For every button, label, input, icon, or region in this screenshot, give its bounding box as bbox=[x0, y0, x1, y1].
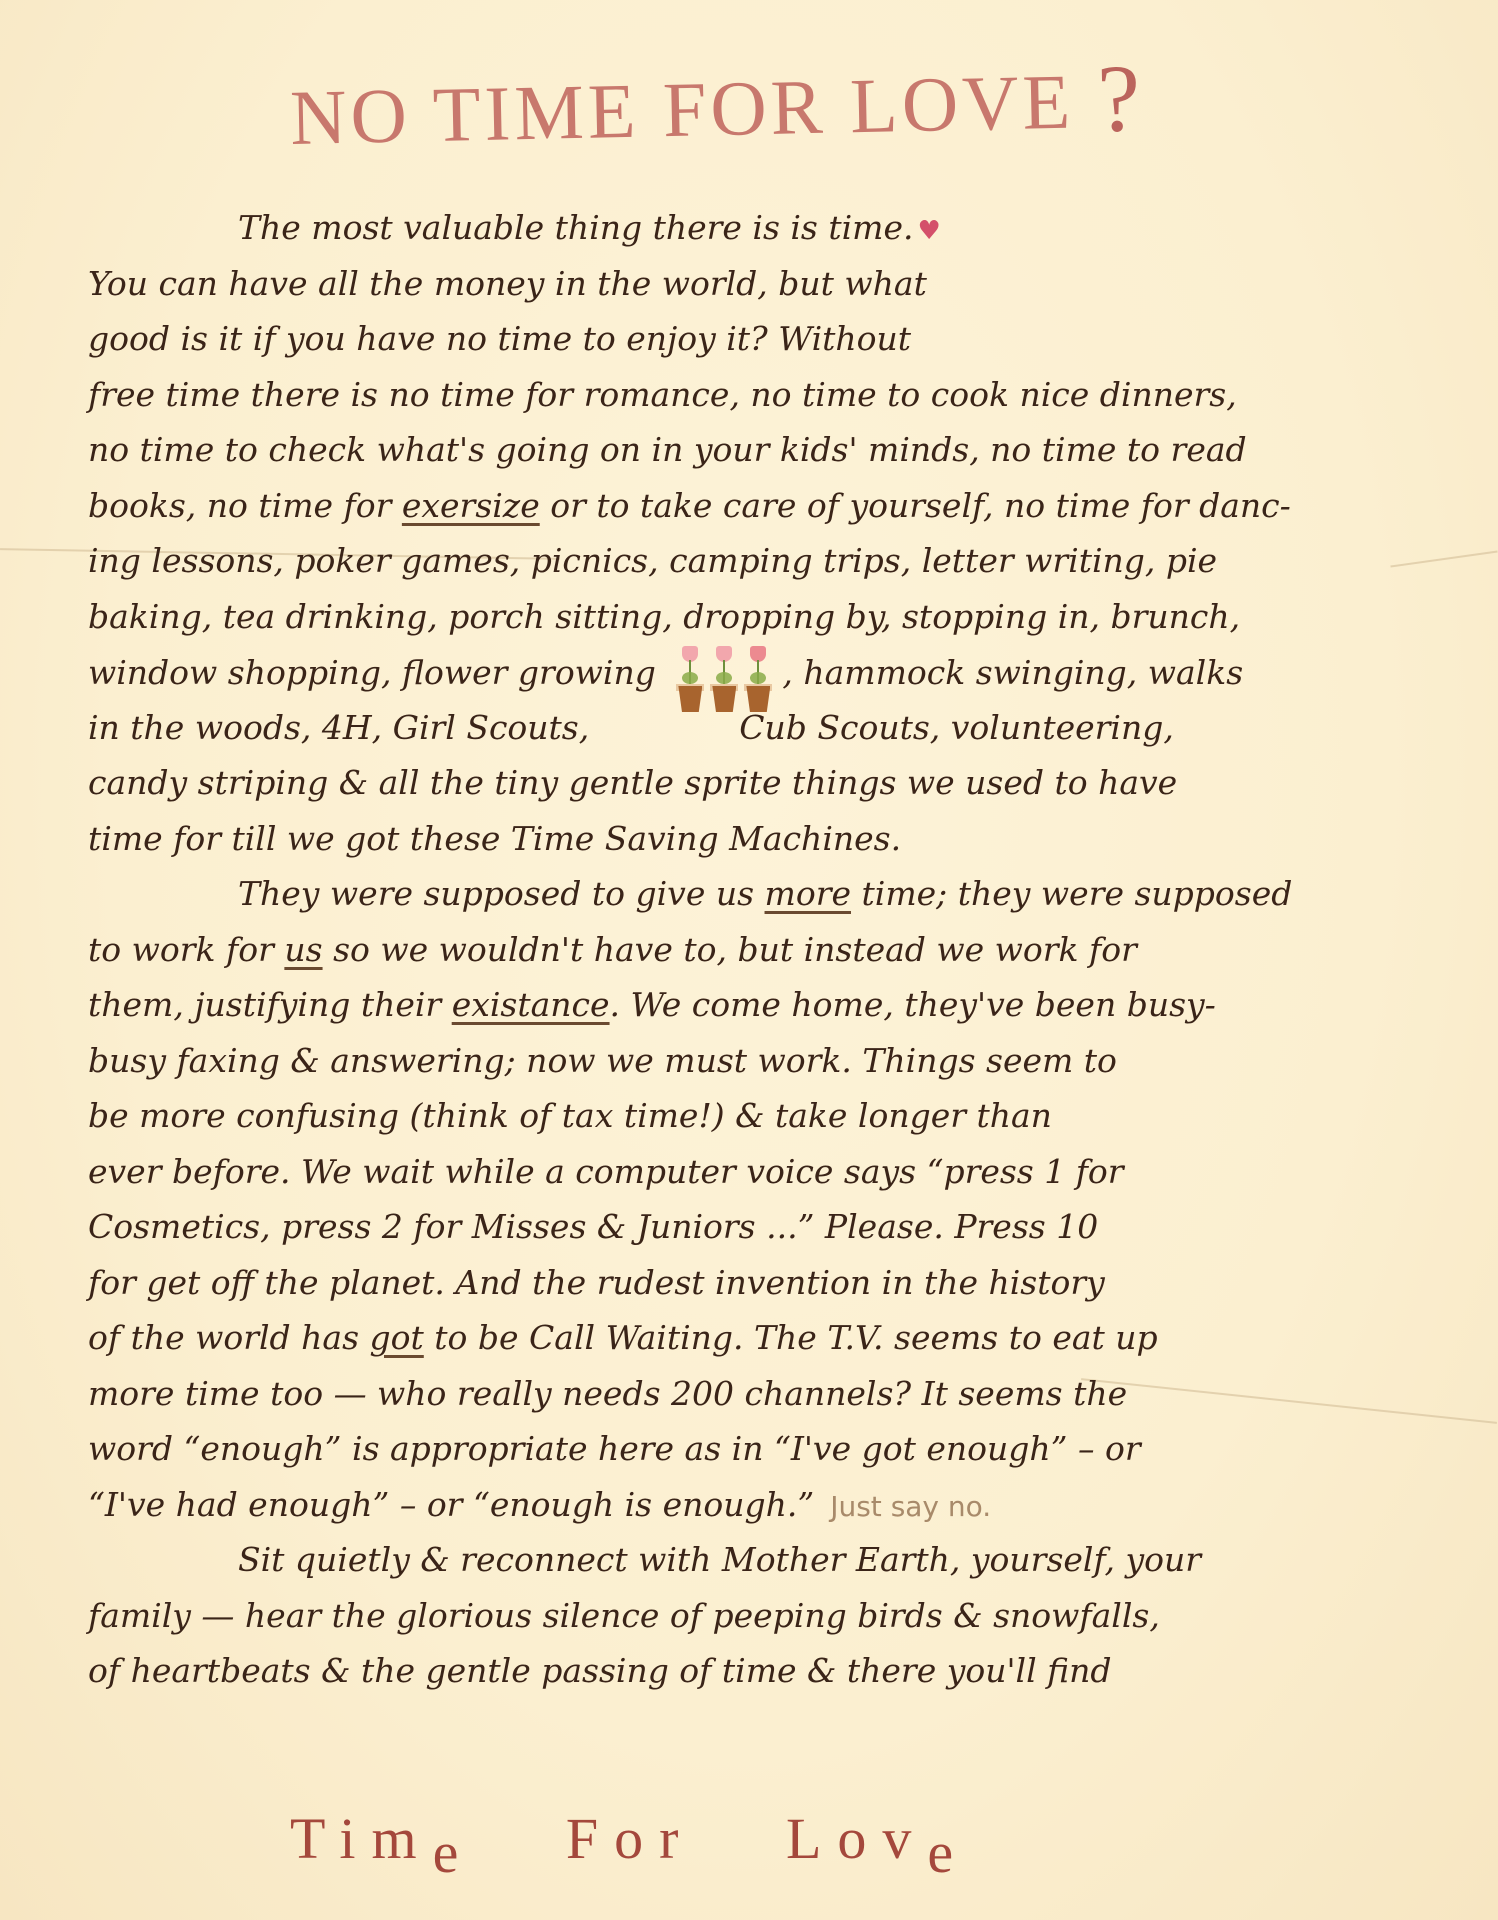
text-line: The most valuable thing there is is time… bbox=[88, 200, 1428, 256]
text-line: books, no time for exersize or to take c… bbox=[88, 478, 1428, 534]
text-line: of heartbeats & the gentle passing of ti… bbox=[88, 1643, 1428, 1699]
line-text: to be Call Waiting. The T.V. seems to ea… bbox=[434, 1318, 1157, 1357]
text-line: candy striping & all the tiny gentle spr… bbox=[88, 755, 1428, 811]
page-title: NO TIME FOR LOVE ? bbox=[289, 40, 1241, 171]
underlined-word: more bbox=[765, 874, 851, 913]
footer-letter: e bbox=[433, 1820, 475, 1885]
text-line: They were supposed to give us more time;… bbox=[88, 866, 1428, 922]
tulip-icon bbox=[744, 644, 772, 712]
text-line: more time too — who really needs 200 cha… bbox=[88, 1366, 1428, 1422]
line-text: time; they were supposed bbox=[862, 874, 1293, 913]
text-line: free time there is no time for romance, … bbox=[88, 367, 1428, 423]
line-text: window shopping, flower growing bbox=[88, 653, 656, 692]
underlined-word: got bbox=[370, 1318, 424, 1357]
line-text: books, no time for bbox=[88, 486, 391, 525]
text-line: Sit quietly & reconnect with Mother Eart… bbox=[88, 1532, 1428, 1588]
underlined-word: existance bbox=[452, 985, 610, 1024]
text-line: You can have all the money in the world,… bbox=[88, 256, 1428, 312]
underlined-word: us bbox=[284, 930, 322, 969]
line-text: them, justifying their bbox=[88, 985, 441, 1024]
text-line: them, justifying their existance. We com… bbox=[88, 977, 1428, 1033]
underlined-word: exersize bbox=[402, 486, 540, 525]
line-text: Cub Scouts, volunteering, bbox=[739, 708, 1174, 747]
text-line: for get off the planet. And the rudest i… bbox=[88, 1255, 1428, 1311]
title-text: NO TIME FOR LOVE bbox=[289, 58, 1075, 161]
text-line: window shopping, flower growing , hammoc… bbox=[88, 644, 1428, 700]
footer-letter: e bbox=[927, 1820, 969, 1885]
text-line: ever before. We wait while a computer vo… bbox=[88, 1144, 1428, 1200]
tulip-pots-illustration bbox=[676, 644, 772, 712]
line-text: to work for bbox=[88, 930, 274, 969]
text-line: time for till we got these Time Saving M… bbox=[88, 811, 1428, 867]
heart-icon: ♥ bbox=[918, 216, 941, 246]
text-line: no time to check what's going on in your… bbox=[88, 422, 1428, 478]
line-text: “I've had enough” – or “enough is enough… bbox=[88, 1485, 814, 1524]
text-line: Cosmetics, press 2 for Misses & Juniors … bbox=[88, 1199, 1428, 1255]
line-text: so we wouldn't have to, but instead we w… bbox=[333, 930, 1137, 969]
text-line: to work for us so we wouldn't have to, b… bbox=[88, 922, 1428, 978]
letter-body: The most valuable thing there is is time… bbox=[88, 200, 1428, 1699]
pencil-annotation: Just say no. bbox=[830, 1490, 991, 1523]
line-text: in the woods, 4H, Girl Scouts, bbox=[88, 708, 589, 747]
line-text: , hammock swinging, walks bbox=[782, 653, 1243, 692]
text-line: be more confusing (think of tax time!) &… bbox=[88, 1088, 1428, 1144]
line-text: They were supposed to give us bbox=[238, 874, 754, 913]
letter-page: NO TIME FOR LOVE ? The most valuable thi… bbox=[0, 0, 1498, 1920]
text-line: “I've had enough” – or “enough is enough… bbox=[88, 1477, 1428, 1533]
text-line: good is it if you have no time to enjoy … bbox=[88, 311, 1428, 367]
text-line: family — hear the glorious silence of pe… bbox=[88, 1588, 1428, 1644]
tulip-icon bbox=[676, 644, 704, 712]
line-text: or to take care of yourself, no time for… bbox=[550, 486, 1291, 525]
line-text: The most valuable thing there is is time… bbox=[238, 208, 914, 247]
text-line: ing lessons, poker games, picnics, campi… bbox=[88, 533, 1428, 589]
title-question-mark: ? bbox=[1096, 44, 1145, 152]
text-line: busy faxing & answering; now we must wor… bbox=[88, 1033, 1428, 1089]
text-line: word “enough” is appropriate here as in … bbox=[88, 1421, 1428, 1477]
tulip-icon bbox=[710, 644, 738, 712]
line-text: . We come home, they've been busy- bbox=[610, 985, 1216, 1024]
text-line: of the world has got to be Call Waiting.… bbox=[88, 1310, 1428, 1366]
footer-word: For bbox=[566, 1806, 695, 1871]
text-line: baking, tea drinking, porch sitting, dro… bbox=[88, 589, 1428, 645]
closing-title: Time For Love bbox=[290, 1805, 1190, 1872]
footer-word: Tim bbox=[290, 1806, 433, 1871]
footer-word: Lov bbox=[786, 1806, 927, 1871]
line-text: of the world has bbox=[88, 1318, 359, 1357]
